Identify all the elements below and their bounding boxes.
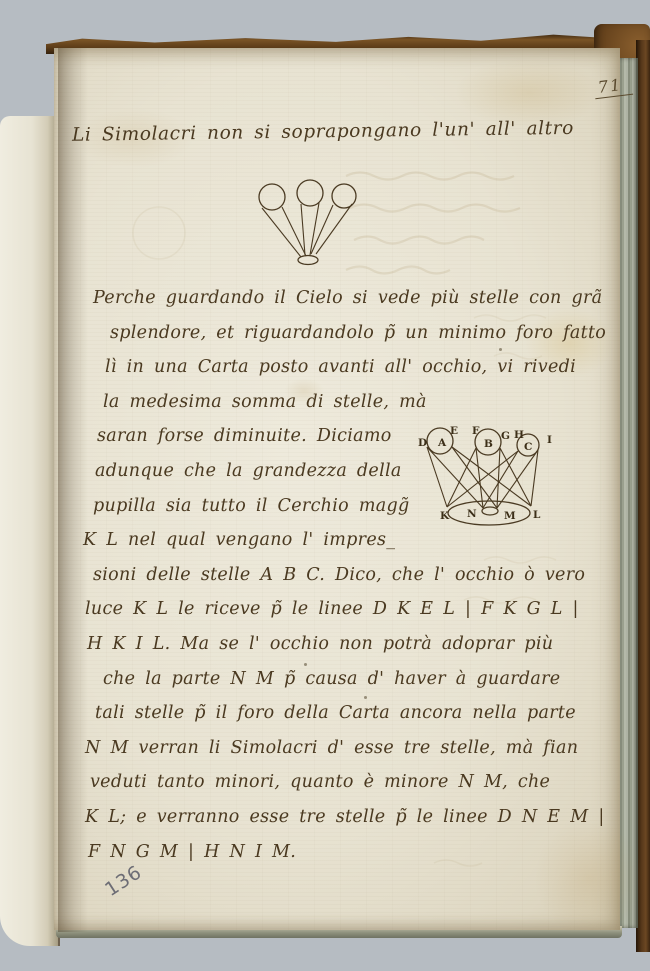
diagram-label-F: F (472, 425, 480, 437)
diagram-label-G: G (501, 430, 510, 442)
diagram-label-E: E (450, 425, 458, 437)
figure-pupil-diagram: A B C D E F G H I K N M L (405, 415, 560, 540)
diagram-label-M: M (504, 510, 516, 522)
manuscript-line: sioni delle stelle A B C. Dico, che l' o… (75, 558, 615, 593)
diagram-label-I: I (547, 434, 552, 446)
manuscript-line: Perche guardando il Cielo si vede più st… (75, 281, 615, 316)
manuscript-line: H K I L. Ma se l' occhio non potrà adopr… (75, 627, 615, 662)
manuscript-line: F N G M | H N I M. (75, 835, 615, 870)
diagram-label-L: L (533, 509, 541, 521)
manuscript-line: veduti tanto minori, quanto è minore N M… (75, 765, 615, 800)
figure-star-cones-icon (245, 172, 375, 272)
diagram-label-A: A (437, 437, 447, 449)
diagram-label-K: K (440, 510, 450, 522)
facing-page-edge (0, 116, 60, 946)
manuscript-line: lì in una Carta posto avanti all' occhio… (75, 350, 615, 385)
page-stack-fore-edge (618, 58, 638, 928)
diagram-label-D: D (418, 437, 427, 449)
diagram-label-C: C (524, 441, 532, 453)
manuscript-line: N M verran li Simolacri d' esse tre stel… (75, 731, 615, 766)
diagram-label-B: B (484, 438, 493, 450)
manuscript-line: luce K L le riceve p̃ le linee D K E L |… (75, 592, 615, 627)
diagram-label-H: H (514, 429, 524, 441)
manuscript-line: K L; e verranno esse tre stelle p̃ le li… (75, 800, 615, 835)
manuscript-line: tali stelle p̃ il foro della Carta ancor… (75, 696, 615, 731)
manuscript-page: 71 Li Simolacri non si soprapongano l'un… (54, 48, 620, 930)
manuscript-photo: 71 Li Simolacri non si soprapongano l'un… (0, 0, 650, 971)
manuscript-line: splendore, et riguardandolo p̃ un minimo… (75, 316, 615, 351)
leather-binding-right-edge (636, 40, 650, 952)
diagram-label-N: N (467, 508, 477, 520)
manuscript-text: Perche guardando il Cielo si vede più st… (75, 281, 615, 869)
manuscript-line: che la parte N M p̃ causa d' haver à gua… (75, 662, 615, 697)
